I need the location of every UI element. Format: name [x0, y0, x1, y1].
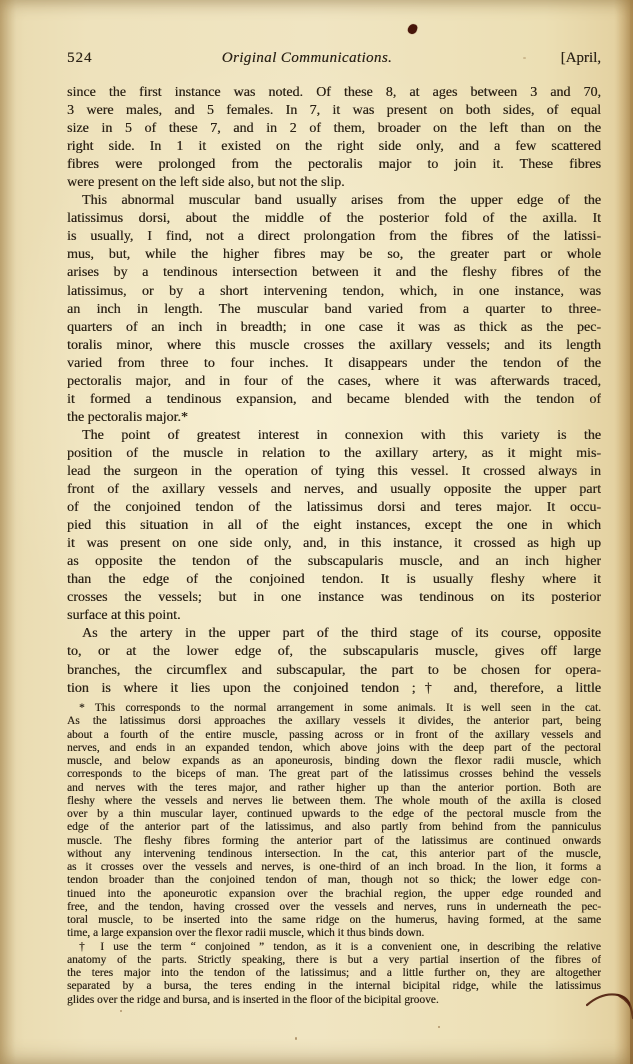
text-line: As the artery in the upper part of the t… [67, 625, 601, 643]
text-line: As the latissimus dorsi approaches the a… [67, 715, 601, 728]
text-line: the pectoralis major.* [67, 409, 601, 427]
running-title: Original Communications. [130, 50, 484, 67]
text-line: crosses the vessels; but in one instance… [67, 589, 601, 607]
text-line: tinued into the aponeurotic expansion ov… [67, 888, 601, 901]
paper-speck [438, 1026, 440, 1028]
text-line: fleshy where the vessels and nerves lie … [67, 795, 601, 808]
text-line: branches, the circumflex and subscapular… [67, 662, 601, 680]
pen-stroke-mark [586, 985, 633, 1021]
text-line: toralis minor, where this muscle crosses… [67, 337, 601, 355]
text-line: This abnormal muscular band usually aris… [67, 192, 601, 210]
text-line: fibres were prolonged from the pectorali… [67, 156, 601, 174]
text-line: size in 5 of these 7, and in 2 of them, … [67, 120, 601, 138]
text-line: muscle. The fleshy fibres forming the an… [67, 835, 601, 848]
paper-speck [120, 1010, 122, 1012]
text-line: as it crosses over the vessels and nerve… [67, 861, 601, 874]
body-text: since the first instance was noted. Of t… [67, 84, 601, 698]
page-header: 524 Original Communications. [April, [67, 50, 601, 67]
paper-speck [523, 57, 526, 59]
text-line: than the edge of the conjoined tendon. I… [67, 571, 601, 589]
text-line: pectoralis major, and in four of the cas… [67, 373, 601, 391]
text-line: anatomy of the parts. Strictly speaking,… [67, 954, 601, 967]
text-line: surface at this point. [67, 607, 601, 625]
text-line: The point of greatest interest in connex… [67, 427, 601, 445]
text-line: to, or at the lower edge of, the subscap… [67, 643, 601, 661]
text-line: as opposite the tendon of the subscapula… [67, 553, 601, 571]
paragraph: * This corresponds to the normal arrange… [67, 702, 601, 941]
text-line: quarters of an inch in breadth; in one c… [67, 319, 601, 337]
paragraph: As the artery in the upper part of the t… [67, 625, 601, 697]
text-line: since the first instance was noted. Of t… [67, 84, 601, 102]
text-line: is usually, I find, not a direct prolong… [67, 228, 601, 246]
scanned-journal-page: 524 Original Communications. [April, sin… [0, 0, 633, 1064]
text-line: it formed a tendinous expansion, and bec… [67, 391, 601, 409]
paper-speck [295, 1037, 297, 1040]
text-line: varied from three to four inches. It dis… [67, 355, 601, 373]
text-line: † I use the term “ conjoined ” tendon, a… [67, 941, 601, 954]
text-line: about a fourth of the entire muscle, pas… [67, 729, 601, 742]
text-line: it was present on one side only, and, in… [67, 535, 601, 553]
text-line: * This corresponds to the normal arrange… [67, 702, 601, 715]
paragraph: † I use the term “ conjoined ” tendon, a… [67, 941, 601, 1007]
text-line: right side. In 1 it existed on the right… [67, 138, 601, 156]
text-line: corresponds to the biceps of man. The gr… [67, 768, 601, 781]
text-line: toral muscle, to be inserted into the sa… [67, 914, 601, 927]
text-line: lead the surgeon in the operation of tyi… [67, 463, 601, 481]
text-line: were present on the left side also, but … [67, 174, 601, 192]
text-line: tendon broader than the conjoined tendon… [67, 874, 601, 887]
text-line: separated by a bursa, the teres ending i… [67, 980, 601, 993]
text-line: over by a thin muscular layer, continued… [67, 808, 601, 821]
text-line: edge of the anterior part of the latissi… [67, 821, 601, 834]
text-line: latissimus dorsi, about the middle of th… [67, 210, 601, 228]
text-line: pied this situation in all of the eight … [67, 517, 601, 535]
text-line: latissimus, or by a short intervening te… [67, 283, 601, 301]
paragraph: This abnormal muscular band usually aris… [67, 192, 601, 427]
text-line: of the conjoined tendon of the latissimu… [67, 499, 601, 517]
text-line: glides over the ridge and bursa, and is … [67, 994, 601, 1007]
text-line: 3 were males, and 5 females. In 7, it wa… [67, 102, 601, 120]
text-line: position of the muscle in relation to th… [67, 445, 601, 463]
text-line: muscle, and below expands as an aponeuro… [67, 755, 601, 768]
text-line: front of the axillary vessels and nerves… [67, 481, 601, 499]
text-line: free, and the tendon, having crossed ove… [67, 901, 601, 914]
text-line: the teres major into the tendon of the l… [67, 967, 601, 980]
footnotes: * This corresponds to the normal arrange… [67, 702, 601, 1007]
text-line: time, a large expansion over the flexor … [67, 927, 601, 940]
paragraph: since the first instance was noted. Of t… [67, 84, 601, 192]
text-line: nerves, and ends in an expanded tendon, … [67, 742, 601, 755]
text-line: an inch in length. The muscular band var… [67, 301, 601, 319]
ink-blot-mark [407, 23, 418, 35]
text-line: arises by a tendinous intersection betwe… [67, 264, 601, 282]
text-line: tion is where it lies upon the conjoined… [67, 680, 601, 698]
text-line: without any intervening tendinous inters… [67, 848, 601, 861]
text-line: mus, but, while the higher fibres may be… [67, 246, 601, 264]
paragraph: The point of greatest interest in connex… [67, 427, 601, 626]
text-line: and nerves with the teres major, and rat… [67, 782, 601, 795]
